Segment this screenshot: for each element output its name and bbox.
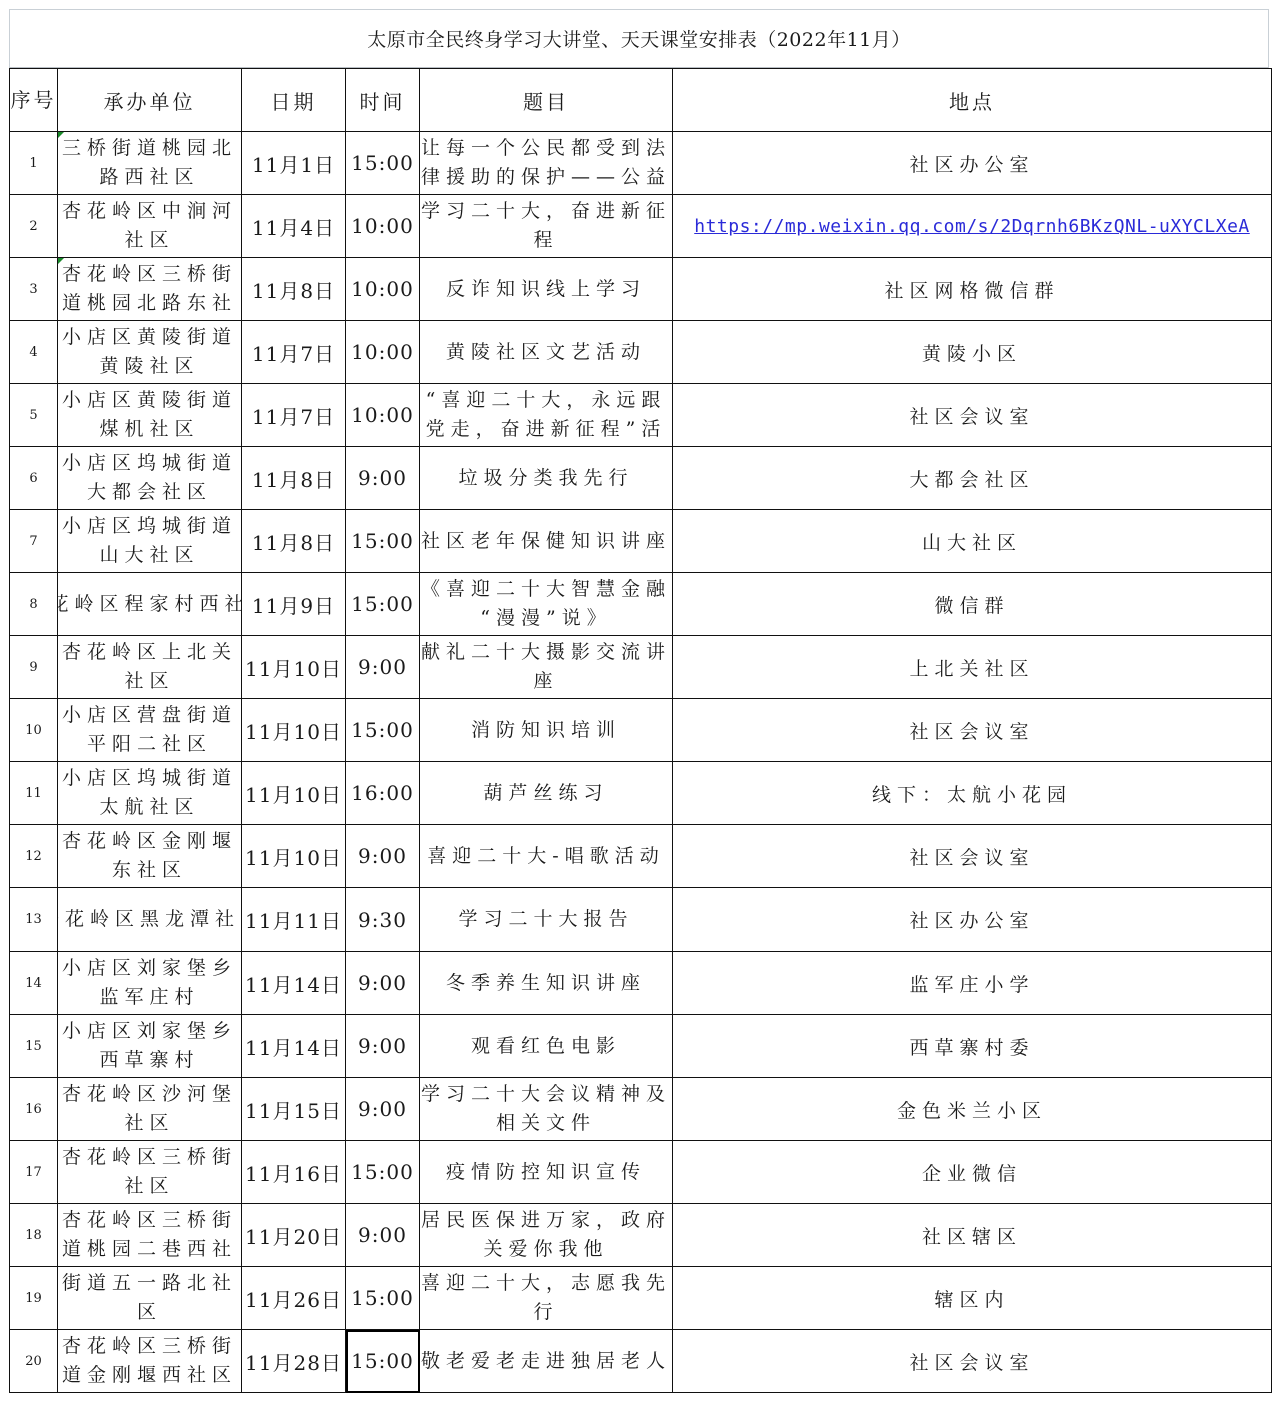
cell-time[interactable]: 10:00 xyxy=(346,258,420,321)
topic-text: 学习二十大会议精神及相关文件 xyxy=(420,1080,672,1138)
cell-org[interactable]: 杏花岭区三桥街道金刚堰西社区 xyxy=(58,1330,242,1393)
cell-org[interactable]: 杏花岭区金刚堰东社区 xyxy=(58,825,242,888)
cell-time[interactable]: 15:00 xyxy=(346,1330,420,1393)
topic-text: 学习二十大，奋进新征程 xyxy=(420,197,672,255)
topic-line: 行 xyxy=(420,1298,672,1327)
table-row: 11小店区坞城街道太航社区11月10日16:00葫芦丝练习线下：太航小花园 xyxy=(10,762,1272,825)
table-row: 15小店区刘家堡乡西草寨村11月14日9:00观看红色电影西草寨村委 xyxy=(10,1015,1272,1078)
cell-place[interactable]: 社区办公室 xyxy=(673,888,1272,952)
org-line: 太航社区 xyxy=(58,793,241,822)
cell-topic[interactable]: 敬老爱老走进独居老人 xyxy=(420,1330,673,1393)
topic-text: 黄陵社区文艺活动 xyxy=(420,338,672,367)
org-line: 社区 xyxy=(58,1172,241,1201)
cell-place[interactable]: 线下：太航小花园 xyxy=(673,762,1272,825)
topic-text: 让每一个公民都受到法律援助的保护——公益 xyxy=(420,134,672,192)
cell-place[interactable]: 企业微信 xyxy=(673,1141,1272,1204)
table-row: 4小店区黄陵街道黄陵社区11月7日10:00黄陵社区文艺活动黄陵小区 xyxy=(10,321,1272,384)
org-line: 杏花岭区三桥街 xyxy=(58,1206,241,1235)
cell-place[interactable]: 监军庄小学 xyxy=(673,952,1272,1015)
org-line: 杏花岭区金刚堰 xyxy=(58,827,241,856)
topic-line: 葫芦丝练习 xyxy=(420,779,672,808)
cell-date[interactable]: 11月26日 xyxy=(242,1267,346,1330)
cell-place[interactable]: 社区办公室 xyxy=(673,132,1272,195)
topic-line: 党走，奋进新征程”活 xyxy=(420,415,672,444)
topic-line: 社区老年保健知识讲座 xyxy=(420,527,672,556)
cell-org[interactable]: 小店区营盘街道平阳二社区 xyxy=(58,699,242,762)
org-line: 道金刚堰西社区 xyxy=(58,1361,241,1390)
cell-no[interactable]: 15 xyxy=(10,1015,58,1078)
org-text: 杏花岭区三桥街社区 xyxy=(58,1143,241,1201)
cell-topic[interactable]: 学习二十大会议精神及相关文件 xyxy=(420,1078,673,1141)
cell-date[interactable]: 11月15日 xyxy=(242,1078,346,1141)
org-line: 杏花岭区三桥街 xyxy=(58,260,241,289)
cell-date[interactable]: 11月11日 xyxy=(242,888,346,952)
header-time[interactable]: 时间 xyxy=(346,69,420,132)
org-line: 社区 xyxy=(58,226,241,255)
cell-no[interactable]: 7 xyxy=(10,510,58,573)
org-text: 杏花岭区中涧河社区 xyxy=(58,197,241,255)
cell-org[interactable]: 小店区刘家堡乡西草寨村 xyxy=(58,1015,242,1078)
org-line: 杏花岭区黑龙潭社区 xyxy=(58,905,242,934)
cell-no[interactable]: 19 xyxy=(10,1267,58,1330)
topic-line: 居民医保进万家，政府 xyxy=(420,1206,672,1235)
place-link[interactable]: https://mp.weixin.qq.com/s/2Dqrnh6BKzQNL… xyxy=(694,216,1250,237)
cell-org[interactable]: 杏花岭区三桥街道桃园二巷西社 xyxy=(58,1204,242,1267)
org-text: 小店区黄陵街道黄陵社区 xyxy=(58,323,241,381)
org-text: 小店区刘家堡乡监军庄村 xyxy=(58,954,241,1012)
org-text: 杏花岭区上北关社区 xyxy=(58,638,241,696)
cell-org[interactable]: 杏花岭区中涧河社区 xyxy=(58,195,242,258)
org-text: 小店区黄陵街道煤机社区 xyxy=(58,386,241,444)
org-line: 三桥街道桃园北 xyxy=(58,134,241,163)
header-org[interactable]: 承办单位 xyxy=(58,69,242,132)
topic-line: 学习二十大会议精神及 xyxy=(420,1080,672,1109)
header-topic[interactable]: 题目 xyxy=(420,69,673,132)
topic-text: 喜迎二十大-唱歌活动 xyxy=(420,842,672,871)
topic-line: 观看红色电影 xyxy=(420,1032,672,1061)
cell-topic[interactable]: 反诈知识线上学习 xyxy=(420,258,673,321)
topic-line: “喜迎二十大，永远跟 xyxy=(420,386,672,415)
cell-place[interactable]: 社区会议室 xyxy=(673,699,1272,762)
org-line: 社区 xyxy=(58,1109,241,1138)
org-text: 杏花岭区三桥街道金刚堰西社区 xyxy=(58,1332,241,1390)
topic-text: 观看红色电影 xyxy=(420,1032,672,1061)
cell-org[interactable]: 杏花岭区黑龙潭社区 xyxy=(58,888,242,952)
topic-text: 居民医保进万家，政府关爱你我他 xyxy=(420,1206,672,1264)
cell-time[interactable]: 9:00 xyxy=(346,952,420,1015)
table-row: 12杏花岭区金刚堰东社区11月10日9:00喜迎二十大-唱歌活动社区会议室 xyxy=(10,825,1272,888)
cell-place[interactable]: 黄陵小区 xyxy=(673,321,1272,384)
topic-line: 学习二十大报告 xyxy=(420,905,672,934)
org-text: 小店区刘家堡乡西草寨村 xyxy=(58,1017,241,1075)
cell-no[interactable]: 18 xyxy=(10,1204,58,1267)
cell-no[interactable]: 4 xyxy=(10,321,58,384)
header-place[interactable]: 地点 xyxy=(673,69,1272,132)
cell-date[interactable]: 11月7日 xyxy=(242,384,346,447)
org-text: 小店区坞城街道大都会社区 xyxy=(58,449,241,507)
org-line: 小店区坞城街道 xyxy=(58,764,241,793)
cell-place[interactable]: https://mp.weixin.qq.com/s/2Dqrnh6BKzQNL… xyxy=(673,195,1272,258)
cell-org[interactable]: 小店区坞城街道大都会社区 xyxy=(58,447,242,510)
cell-topic[interactable]: 喜迎二十大-唱歌活动 xyxy=(420,825,673,888)
cell-date[interactable]: 11月10日 xyxy=(242,762,346,825)
topic-line: 相关文件 xyxy=(420,1109,672,1138)
cell-topic[interactable]: 学习二十大，奋进新征程 xyxy=(420,195,673,258)
topic-line: 垃圾分类我先行 xyxy=(420,464,672,493)
table-row: 6小店区坞城街道大都会社区11月8日9:00垃圾分类我先行大都会社区 xyxy=(10,447,1272,510)
header-row: 序号 承办单位 日期 时间 题目 地点 xyxy=(10,69,1272,132)
cell-time[interactable]: 15:00 xyxy=(346,573,420,636)
topic-text: 冬季养生知识讲座 xyxy=(420,969,672,998)
cell-topic[interactable]: 疫情防控知识宣传 xyxy=(420,1141,673,1204)
cell-no[interactable]: 9 xyxy=(10,636,58,699)
org-line: 杏花岭区沙河堡 xyxy=(58,1080,241,1109)
table-row: 10小店区营盘街道平阳二社区11月10日15:00消防知识培训社区会议室 xyxy=(10,699,1272,762)
cell-org[interactable]: 小店区黄陵街道黄陵社区 xyxy=(58,321,242,384)
cell-date[interactable]: 11月20日 xyxy=(242,1204,346,1267)
cell-org[interactable]: 杏花岭区上北关社区 xyxy=(58,636,242,699)
org-line: 煤机社区 xyxy=(58,415,241,444)
topic-text: 葫芦丝练习 xyxy=(420,779,672,808)
schedule-table: 序号 承办单位 日期 时间 题目 地点 1三桥街道桃园北路西社区11月1日15:… xyxy=(9,68,1272,1393)
cell-topic[interactable]: 《喜迎二十大智慧金融“漫漫”说》 xyxy=(420,573,673,636)
cell-no[interactable]: 2 xyxy=(10,195,58,258)
cell-date[interactable]: 11月28日 xyxy=(242,1330,346,1393)
topic-text: 消防知识培训 xyxy=(420,716,672,745)
cell-date[interactable]: 11月8日 xyxy=(242,258,346,321)
topic-line: 疫情防控知识宣传 xyxy=(420,1158,672,1187)
cell-time[interactable]: 15:00 xyxy=(346,510,420,573)
topic-text: 献礼二十大摄影交流讲座 xyxy=(420,638,672,696)
org-line: 山大社区 xyxy=(58,541,241,570)
cell-org[interactable]: 杏花岭区沙河堡社区 xyxy=(58,1078,242,1141)
table-row: 5小店区黄陵街道煤机社区11月7日10:00“喜迎二十大，永远跟党走，奋进新征程… xyxy=(10,384,1272,447)
topic-text: 学习二十大报告 xyxy=(420,905,672,934)
cell-time[interactable]: 9:00 xyxy=(346,1015,420,1078)
cell-no[interactable]: 17 xyxy=(10,1141,58,1204)
org-text: 小店区营盘街道平阳二社区 xyxy=(58,701,241,759)
cell-place[interactable]: 大都会社区 xyxy=(673,447,1272,510)
topic-line: 律援助的保护——公益 xyxy=(420,163,672,192)
org-line: 杏花岭区中涧河 xyxy=(58,197,241,226)
org-line: 小店区黄陵街道 xyxy=(58,386,241,415)
cell-no[interactable]: 11 xyxy=(10,762,58,825)
cell-org[interactable]: 小店区坞城街道太航社区 xyxy=(58,762,242,825)
comment-marker-icon[interactable] xyxy=(58,132,64,138)
org-line: 街道五一路北社 xyxy=(58,1269,241,1298)
org-line: 东社区 xyxy=(58,856,241,885)
header-date[interactable]: 日期 xyxy=(242,69,346,132)
org-line: 小店区刘家堡乡 xyxy=(58,1017,241,1046)
topic-line: “漫漫”说》 xyxy=(420,604,672,633)
cell-no[interactable]: 1 xyxy=(10,132,58,195)
org-text: 小店区坞城街道山大社区 xyxy=(58,512,241,570)
topic-line: 冬季养生知识讲座 xyxy=(420,969,672,998)
topic-line: 敬老爱老走进独居老人 xyxy=(420,1347,672,1376)
cell-time[interactable]: 9:00 xyxy=(346,1078,420,1141)
cell-date[interactable]: 11月14日 xyxy=(242,1015,346,1078)
cell-date[interactable]: 11月8日 xyxy=(242,510,346,573)
cell-place[interactable]: 西草寨村委 xyxy=(673,1015,1272,1078)
topic-line: 喜迎二十大，志愿我先 xyxy=(420,1269,672,1298)
org-line: 杏花岭区上北关 xyxy=(58,638,241,667)
cell-date[interactable]: 11月10日 xyxy=(242,636,346,699)
cell-org[interactable]: 小店区坞城街道山大社区 xyxy=(58,510,242,573)
topic-line: 喜迎二十大-唱歌活动 xyxy=(420,842,672,871)
table-row: 9杏花岭区上北关社区11月10日9:00献礼二十大摄影交流讲座上北关社区 xyxy=(10,636,1272,699)
cell-date[interactable]: 11月1日 xyxy=(242,132,346,195)
org-text: 杏花岭区三桥街道桃园北路东社 xyxy=(58,260,241,318)
table-row: 18杏花岭区三桥街道桃园二巷西社11月20日9:00居民医保进万家，政府关爱你我… xyxy=(10,1204,1272,1267)
cell-date[interactable]: 11月10日 xyxy=(242,699,346,762)
org-text: 杏花岭区金刚堰东社区 xyxy=(58,827,241,885)
cell-topic[interactable]: 葫芦丝练习 xyxy=(420,762,673,825)
cell-place[interactable]: 社区网格微信群 xyxy=(673,258,1272,321)
cell-place[interactable]: 微信群 xyxy=(673,573,1272,636)
org-text: 街道五一路北社区 xyxy=(58,1269,241,1327)
cell-date[interactable]: 11月4日 xyxy=(242,195,346,258)
cell-time[interactable]: 9:00 xyxy=(346,447,420,510)
org-line: 小店区坞城街道 xyxy=(58,512,241,541)
org-text: 杏花岭区沙河堡社区 xyxy=(58,1080,241,1138)
org-line: 杏花岭区三桥街 xyxy=(58,1143,241,1172)
topic-line: 学习二十大，奋进新征 xyxy=(420,197,672,226)
topic-text: 喜迎二十大，志愿我先行 xyxy=(420,1269,672,1327)
cell-time[interactable]: 9:30 xyxy=(346,888,420,952)
org-line: 道桃园北路东社 xyxy=(58,289,241,318)
cell-time[interactable]: 15:00 xyxy=(346,699,420,762)
table-row: 14小店区刘家堡乡监军庄村11月14日9:00冬季养生知识讲座监军庄小学 xyxy=(10,952,1272,1015)
cell-time[interactable]: 10:00 xyxy=(346,384,420,447)
topic-text: “喜迎二十大，永远跟党走，奋进新征程”活 xyxy=(420,386,672,444)
topic-line: 座 xyxy=(420,667,672,696)
cell-place[interactable]: 社区会议室 xyxy=(673,1330,1272,1393)
cell-time[interactable]: 15:00 xyxy=(346,132,420,195)
topic-text: 敬老爱老走进独居老人 xyxy=(420,1347,672,1376)
org-line: 杏花岭区三桥街 xyxy=(58,1332,241,1361)
cell-no[interactable]: 13 xyxy=(10,888,58,952)
header-no[interactable]: 序号 xyxy=(10,69,58,132)
table-row: 19街道五一路北社区11月26日15:00喜迎二十大，志愿我先行辖区内 xyxy=(10,1267,1272,1330)
org-line: 平阳二社区 xyxy=(58,730,241,759)
cell-topic[interactable]: 社区老年保健知识讲座 xyxy=(420,510,673,573)
cell-topic[interactable]: 垃圾分类我先行 xyxy=(420,447,673,510)
comment-marker-icon[interactable] xyxy=(58,258,64,264)
table-row: 8花岭区程家村西社11月9日15:00《喜迎二十大智慧金融“漫漫”说》微信群 xyxy=(10,573,1272,636)
topic-text: 反诈知识线上学习 xyxy=(420,275,672,304)
org-line: 小店区坞城街道 xyxy=(58,449,241,478)
cell-org[interactable]: 杏花岭区三桥街道桃园北路东社 xyxy=(58,258,242,321)
cell-time[interactable]: 10:00 xyxy=(346,321,420,384)
org-line: 小店区黄陵街道 xyxy=(58,323,241,352)
org-text: 花岭区程家村西社 xyxy=(58,590,242,619)
cell-place[interactable]: 山大社区 xyxy=(673,510,1272,573)
topic-text: 疫情防控知识宣传 xyxy=(420,1158,672,1187)
cell-time[interactable]: 9:00 xyxy=(346,825,420,888)
cell-org[interactable]: 街道五一路北社区 xyxy=(58,1267,242,1330)
cell-place[interactable]: 辖区内 xyxy=(673,1267,1272,1330)
table-row: 13杏花岭区黑龙潭社区11月11日9:30学习二十大报告社区办公室 xyxy=(10,888,1272,952)
org-line: 社区 xyxy=(58,667,241,696)
cell-no[interactable]: 20 xyxy=(10,1330,58,1393)
cell-no[interactable]: 16 xyxy=(10,1078,58,1141)
cell-date[interactable]: 11月16日 xyxy=(242,1141,346,1204)
org-line: 区 xyxy=(58,1298,241,1327)
cell-no[interactable]: 6 xyxy=(10,447,58,510)
cell-org[interactable]: 三桥街道桃园北路西社区 xyxy=(58,132,242,195)
cell-no[interactable]: 5 xyxy=(10,384,58,447)
cell-date[interactable]: 11月7日 xyxy=(242,321,346,384)
cell-time[interactable]: 10:00 xyxy=(346,195,420,258)
cell-time[interactable]: 9:00 xyxy=(346,1204,420,1267)
table-row: 17杏花岭区三桥街社区11月16日15:00疫情防控知识宣传企业微信 xyxy=(10,1141,1272,1204)
cell-time[interactable]: 15:00 xyxy=(346,1141,420,1204)
cell-date[interactable]: 11月8日 xyxy=(242,447,346,510)
org-line: 大都会社区 xyxy=(58,478,241,507)
cell-topic[interactable]: 献礼二十大摄影交流讲座 xyxy=(420,636,673,699)
org-line: 西草寨村 xyxy=(58,1046,241,1075)
cell-date[interactable]: 11月14日 xyxy=(242,952,346,1015)
cell-topic[interactable]: 喜迎二十大，志愿我先行 xyxy=(420,1267,673,1330)
org-line: 监军庄村 xyxy=(58,983,241,1012)
table-row: 16杏花岭区沙河堡社区11月15日9:00学习二十大会议精神及相关文件金色米兰小… xyxy=(10,1078,1272,1141)
cell-org[interactable]: 花岭区程家村西社 xyxy=(58,573,242,636)
cell-time[interactable]: 9:00 xyxy=(346,636,420,699)
topic-line: 让每一个公民都受到法 xyxy=(420,134,672,163)
org-line: 道桃园二巷西社 xyxy=(58,1235,241,1264)
cell-place[interactable]: 上北关社区 xyxy=(673,636,1272,699)
cell-place[interactable]: 社区会议室 xyxy=(673,825,1272,888)
cell-topic[interactable]: 居民医保进万家，政府关爱你我他 xyxy=(420,1204,673,1267)
topic-text: 垃圾分类我先行 xyxy=(420,464,672,493)
cell-org[interactable]: 小店区刘家堡乡监军庄村 xyxy=(58,952,242,1015)
org-line: 小店区营盘街道 xyxy=(58,701,241,730)
topic-line: 黄陵社区文艺活动 xyxy=(420,338,672,367)
table-row: 7小店区坞城街道山大社区11月8日15:00社区老年保健知识讲座山大社区 xyxy=(10,510,1272,573)
topic-line: 反诈知识线上学习 xyxy=(420,275,672,304)
table-row: 3杏花岭区三桥街道桃园北路东社11月8日10:00反诈知识线上学习社区网格微信群 xyxy=(10,258,1272,321)
cell-topic[interactable]: 让每一个公民都受到法律援助的保护——公益 xyxy=(420,132,673,195)
org-line: 小店区刘家堡乡 xyxy=(58,954,241,983)
cell-no[interactable]: 10 xyxy=(10,699,58,762)
topic-line: 程 xyxy=(420,226,672,255)
sheet-title[interactable]: 太原市全民终身学习大讲堂、天天课堂安排表（2022年11月） xyxy=(9,9,1269,68)
cell-place[interactable]: 金色米兰小区 xyxy=(673,1078,1272,1141)
topic-text: 《喜迎二十大智慧金融“漫漫”说》 xyxy=(420,575,672,633)
table-row: 1三桥街道桃园北路西社区11月1日15:00让每一个公民都受到法律援助的保护——… xyxy=(10,132,1272,195)
org-line: 花岭区程家村西社 xyxy=(58,590,242,619)
org-text: 小店区坞城街道太航社区 xyxy=(58,764,241,822)
org-line: 黄陵社区 xyxy=(58,352,241,381)
cell-time[interactable]: 15:00 xyxy=(346,1267,420,1330)
cell-topic[interactable]: 冬季养生知识讲座 xyxy=(420,952,673,1015)
table-row: 2杏花岭区中涧河社区11月4日10:00学习二十大，奋进新征程https://m… xyxy=(10,195,1272,258)
org-line: 路西社区 xyxy=(58,163,241,192)
cell-no[interactable]: 14 xyxy=(10,952,58,1015)
cell-place[interactable]: 社区会议室 xyxy=(673,384,1272,447)
cell-no[interactable]: 3 xyxy=(10,258,58,321)
cell-time[interactable]: 16:00 xyxy=(346,762,420,825)
cell-topic[interactable]: 观看红色电影 xyxy=(420,1015,673,1078)
table-row: 20杏花岭区三桥街道金刚堰西社区11月28日15:00敬老爱老走进独居老人社区会… xyxy=(10,1330,1272,1393)
cell-topic[interactable]: 学习二十大报告 xyxy=(420,888,673,952)
topic-line: 关爱你我他 xyxy=(420,1235,672,1264)
cell-org[interactable]: 杏花岭区三桥街社区 xyxy=(58,1141,242,1204)
cell-topic[interactable]: 黄陵社区文艺活动 xyxy=(420,321,673,384)
cell-no[interactable]: 12 xyxy=(10,825,58,888)
topic-line: 消防知识培训 xyxy=(420,716,672,745)
topic-line: 《喜迎二十大智慧金融 xyxy=(420,575,672,604)
org-text: 杏花岭区黑龙潭社区 xyxy=(58,905,242,934)
cell-org[interactable]: 小店区黄陵街道煤机社区 xyxy=(58,384,242,447)
topic-text: 社区老年保健知识讲座 xyxy=(420,527,672,556)
cell-topic[interactable]: 消防知识培训 xyxy=(420,699,673,762)
topic-line: 献礼二十大摄影交流讲 xyxy=(420,638,672,667)
cell-no[interactable]: 8 xyxy=(10,573,58,636)
cell-place[interactable]: 社区辖区 xyxy=(673,1204,1272,1267)
cell-date[interactable]: 11月10日 xyxy=(242,825,346,888)
cell-date[interactable]: 11月9日 xyxy=(242,573,346,636)
cell-topic[interactable]: “喜迎二十大，永远跟党走，奋进新征程”活 xyxy=(420,384,673,447)
org-text: 杏花岭区三桥街道桃园二巷西社 xyxy=(58,1206,241,1264)
org-text: 三桥街道桃园北路西社区 xyxy=(58,134,241,192)
